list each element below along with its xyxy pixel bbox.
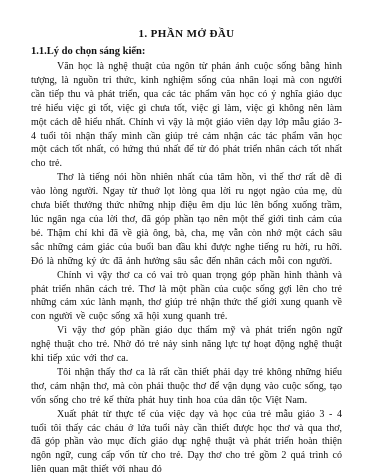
document-page: 1. PHẦN MỞ ĐẦU 1.1.Lý do chọn sáng kiến:…: [0, 0, 366, 473]
document-body: Văn học là nghệ thuật của ngôn từ phản á…: [31, 60, 342, 473]
paragraph: Văn học là nghệ thuật của ngôn từ phản á…: [31, 60, 342, 171]
paragraph: Chính vì vậy thơ ca có vai trò quan trọn…: [31, 269, 342, 325]
paragraph: Thơ là tiếng nói hồn nhiên nhất của tâm …: [31, 171, 342, 268]
document-content: 1. PHẦN MỞ ĐẦU 1.1.Lý do chọn sáng kiến:…: [31, 27, 342, 473]
paragraph: Vì vậy thơ góp phần giáo dục thẩm mỹ và …: [31, 324, 342, 366]
page-title: 1. PHẦN MỞ ĐẦU: [31, 27, 342, 41]
paragraph: Tôi nhận thấy thơ ca là rất cần thiết ph…: [31, 366, 342, 408]
section-heading: 1.1.Lý do chọn sáng kiến:: [31, 45, 342, 59]
page-number: 1: [0, 439, 366, 450]
